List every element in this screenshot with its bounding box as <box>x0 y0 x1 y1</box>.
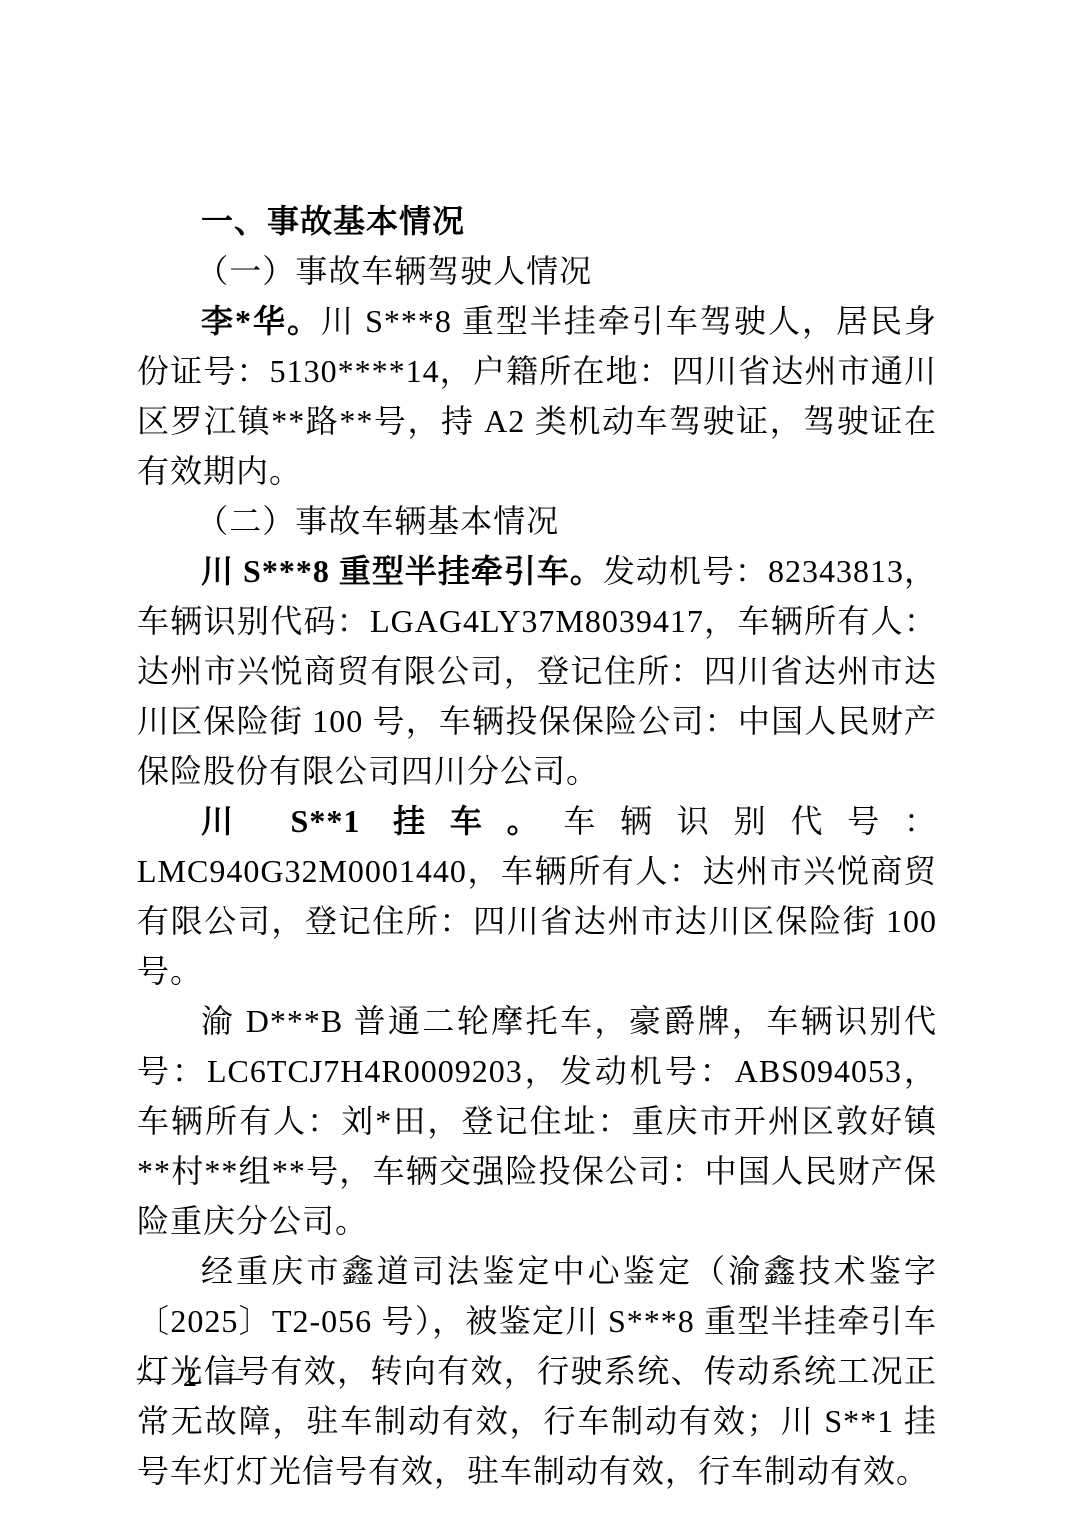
page-footer: — 2 — <box>137 1360 243 1396</box>
para-trailer-lead: 川 S**1 挂车。 <box>201 803 563 839</box>
document-page: 一、事故基本情况 （一）事故车辆驾驶人情况 李*华。川 S***8 重型半挂牵引… <box>0 0 1074 1520</box>
para-tractor-lead: 川 S***8 重型半挂牵引车。 <box>201 553 603 589</box>
para-motorcycle-info: 渝 D***B 普通二轮摩托车，豪爵牌，车辆识别代号：LC6TCJ7H4R000… <box>137 996 937 1246</box>
para-driver-info: 李*华。川 S***8 重型半挂牵引车驾驶人，居民身份证号：5130****14… <box>137 296 937 496</box>
subsection-heading-vehicles: （二）事故车辆基本情况 <box>137 496 937 546</box>
page-number: 2 <box>183 1360 197 1396</box>
document-body: 一、事故基本情况 （一）事故车辆驾驶人情况 李*华。川 S***8 重型半挂牵引… <box>137 196 937 1496</box>
subsection-heading-driver: （一）事故车辆驾驶人情况 <box>137 246 937 296</box>
para-appraisal-info: 经重庆市鑫道司法鉴定中心鉴定（渝鑫技术鉴字〔2025〕T2-056 号），被鉴定… <box>137 1246 937 1496</box>
section-heading: 一、事故基本情况 <box>137 196 937 246</box>
footer-dash-right: — <box>215 1360 243 1396</box>
footer-dash-left: — <box>137 1360 165 1396</box>
para-driver-lead: 李*华。 <box>201 303 321 339</box>
para-trailer-info: 川 S**1 挂车。车辆识别代号：LMC940G32M0001440，车辆所有人… <box>137 796 937 996</box>
para-tractor-info: 川 S***8 重型半挂牵引车。发动机号：82343813，车辆识别代码：LGA… <box>137 546 937 796</box>
